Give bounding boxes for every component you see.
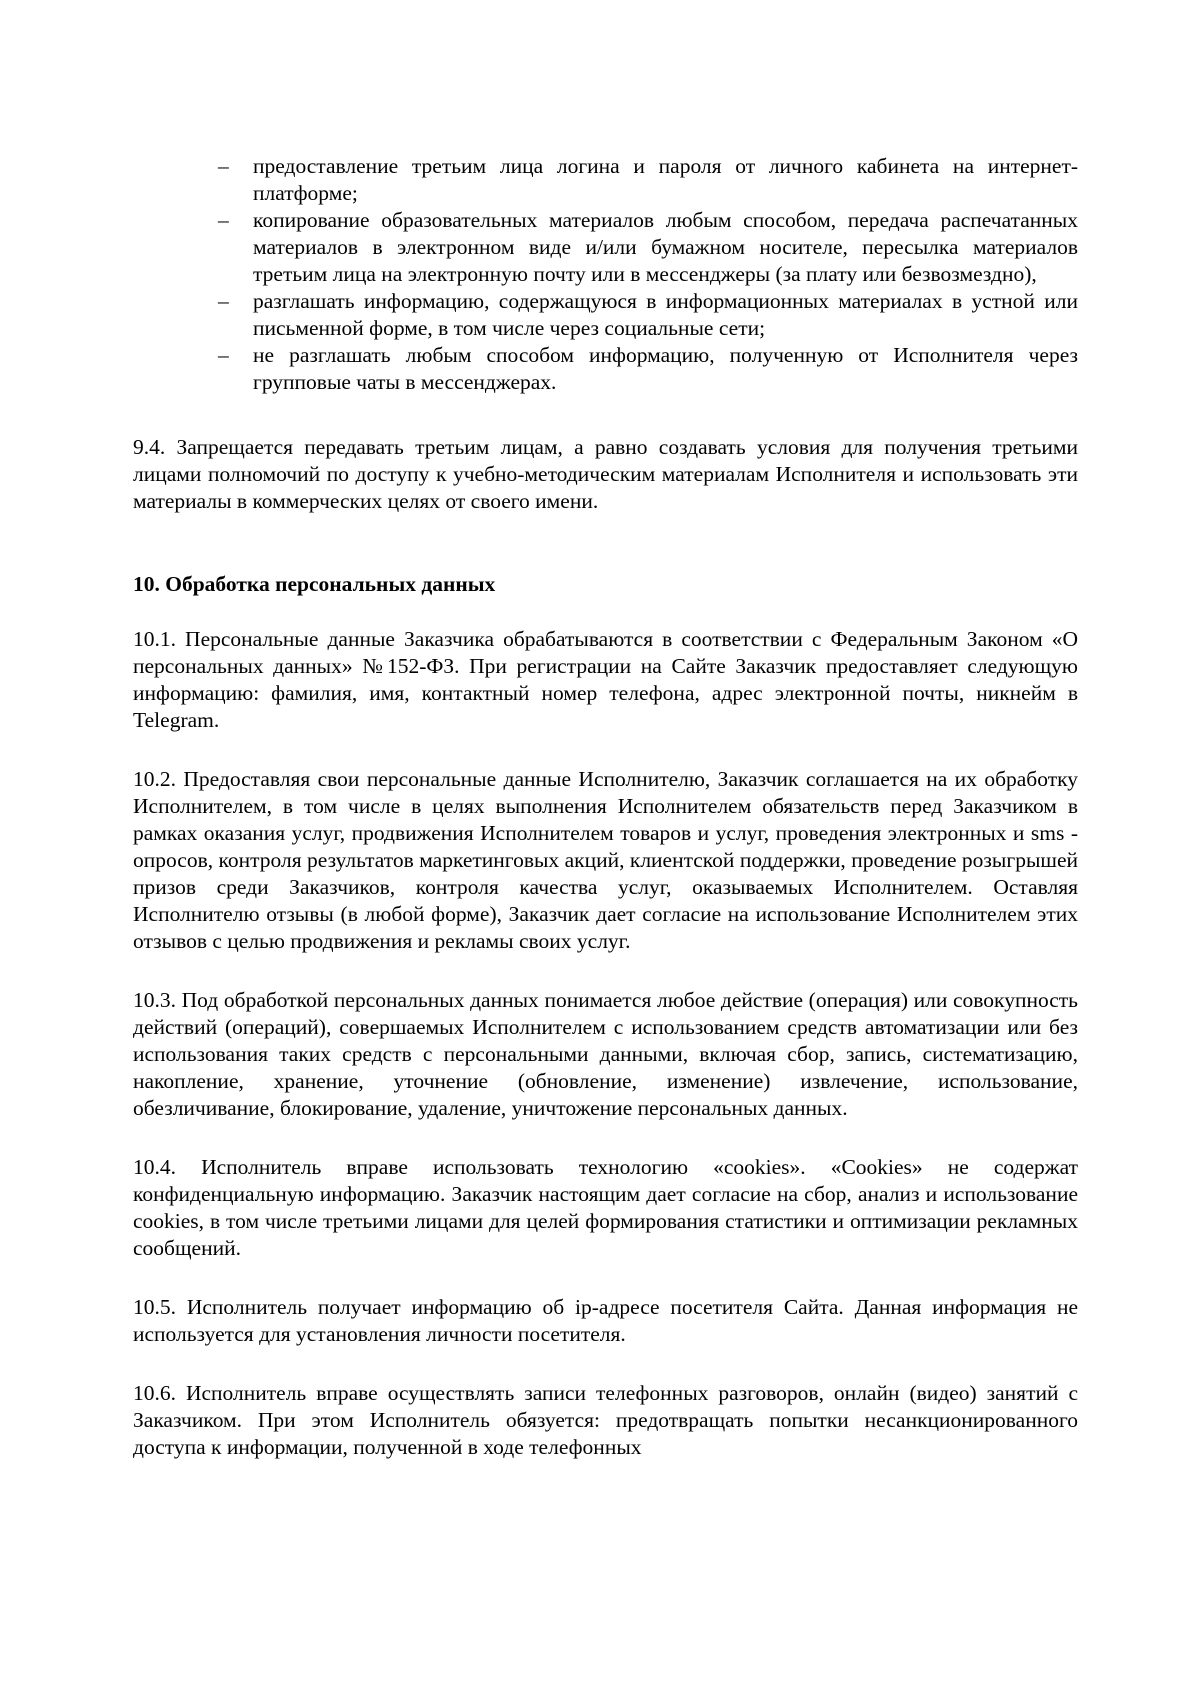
dash-bullet: – xyxy=(218,342,253,369)
list-item-text: предоставление третьим лица логина и пар… xyxy=(253,153,1078,207)
dash-bullet: – xyxy=(218,153,253,180)
list-item: – предоставление третьим лица логина и п… xyxy=(133,153,1078,207)
prohibited-actions-list: – предоставление третьим лица логина и п… xyxy=(133,153,1078,396)
document-page: – предоставление третьим лица логина и п… xyxy=(0,0,1200,1697)
list-item-text: не разглашать любым способом информацию,… xyxy=(253,342,1078,396)
list-item: – разглашать информацию, содержащуюся в … xyxy=(133,288,1078,342)
list-item: – копирование образовательных материалов… xyxy=(133,207,1078,288)
paragraph-10-3: 10.3. Под обработкой персональных данных… xyxy=(133,987,1078,1122)
paragraph-10-4: 10.4. Исполнитель вправе использовать те… xyxy=(133,1154,1078,1262)
paragraph-10-1: 10.1. Персональные данные Заказчика обра… xyxy=(133,626,1078,734)
dash-bullet: – xyxy=(218,288,253,315)
list-item-text: разглашать информацию, содержащуюся в ин… xyxy=(253,288,1078,342)
list-item: – не разглашать любым способом информаци… xyxy=(133,342,1078,396)
document-content: – предоставление третьим лица логина и п… xyxy=(133,153,1078,1461)
dash-bullet: – xyxy=(218,207,253,234)
paragraph-10-5: 10.5. Исполнитель получает информацию об… xyxy=(133,1294,1078,1348)
paragraph-9-4: 9.4. Запрещается передавать третьим лица… xyxy=(133,434,1078,515)
paragraph-10-6: 10.6. Исполнитель вправе осуществлять за… xyxy=(133,1380,1078,1461)
paragraph-10-2: 10.2. Предоставляя свои персональные дан… xyxy=(133,766,1078,955)
section-10-heading: 10. Обработка персональных данных xyxy=(133,571,1078,598)
list-item-text: копирование образовательных материалов л… xyxy=(253,207,1078,288)
